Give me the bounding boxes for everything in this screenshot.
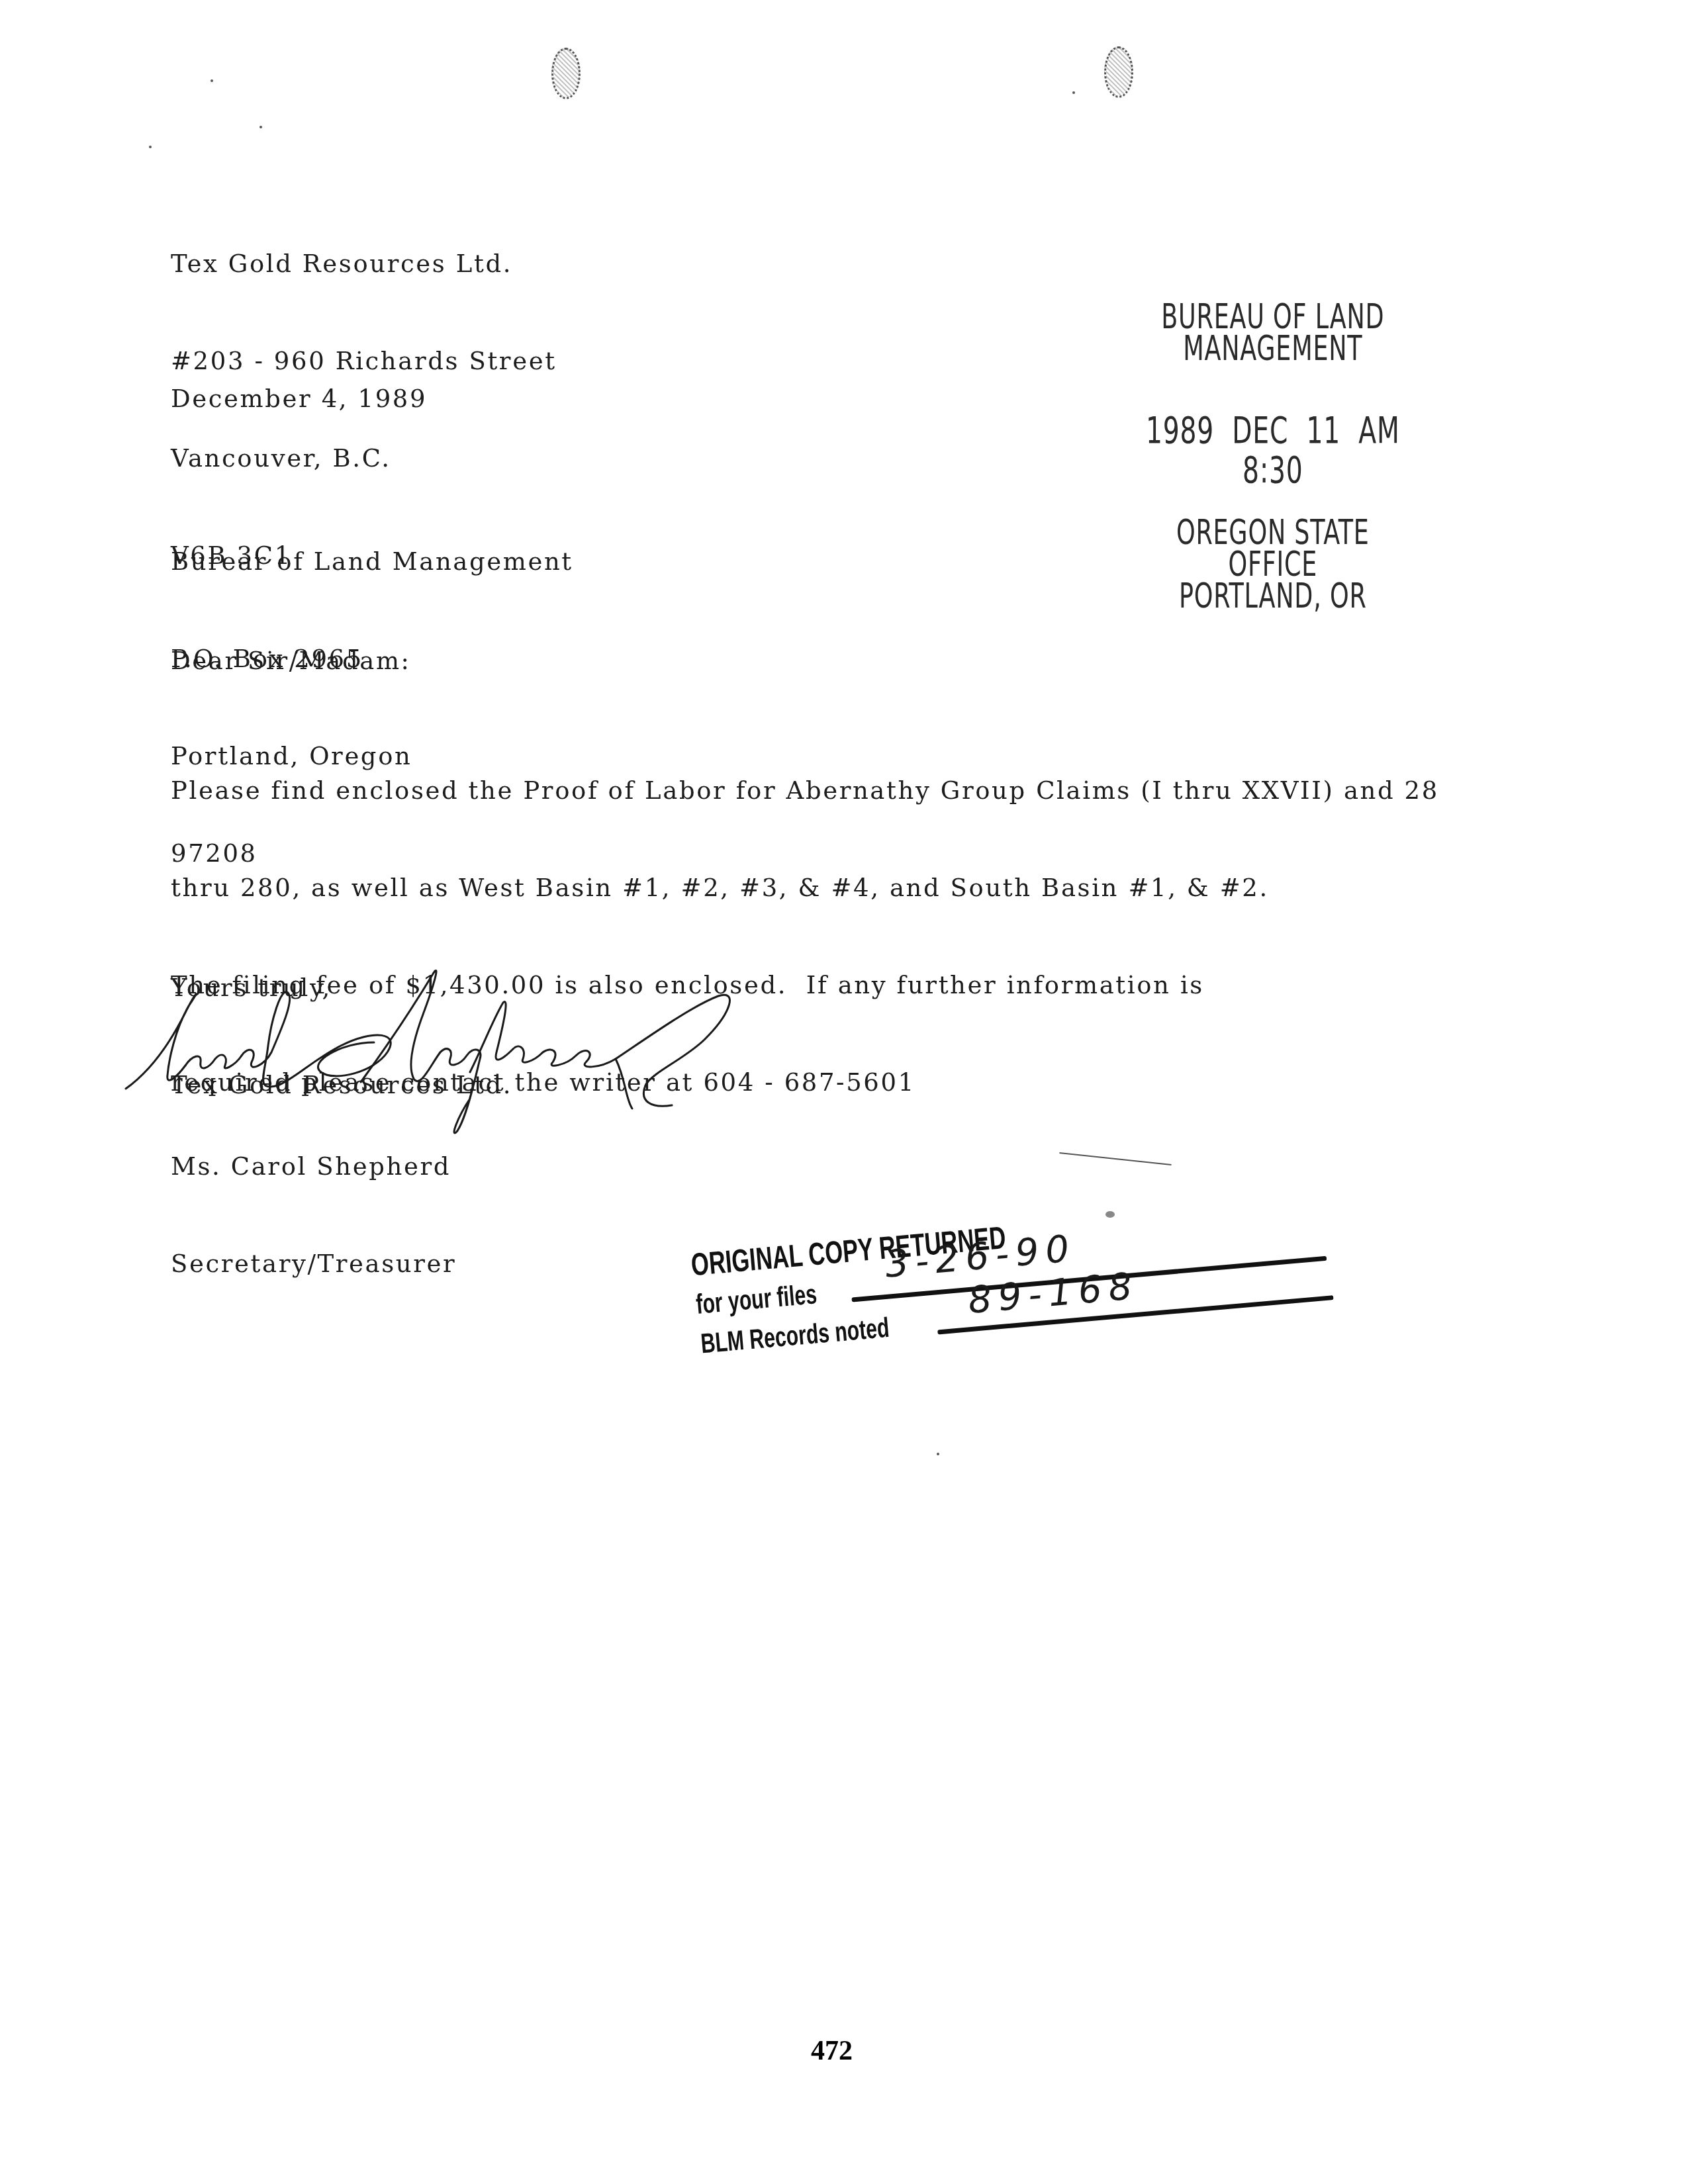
recipient-name: Burear of Land Management [171,545,573,578]
salutation: Dear Sir/Madam: [171,645,411,677]
received-stamp: BUREAU OF LAND MANAGEMENT 1989 DEC 11 AM… [1139,301,1407,612]
signer-block: Ms. Carol Shepherd Secretary/Treasurer [171,1085,456,1345]
stamp-office-line1: OREGON STATE OFFICE [1139,517,1407,580]
stamp-agency-line1: BUREAU OF LAND [1139,301,1407,333]
page-number: 472 [811,2035,853,2067]
punch-hole-right [1104,46,1133,98]
scan-speck [1072,91,1075,94]
body-line: Please find enclosed the Proof of Labor … [171,774,1439,807]
body-line: thru 280, as well as West Basin #1, #2, … [171,872,1439,904]
returned-stamp-records-label: BLM Records noted [700,1312,891,1360]
stamp-agency-line2: MANAGEMENT [1139,333,1407,365]
sender-city: Vancouver, B.C. [171,442,557,475]
signer-name: Ms. Carol Shepherd [171,1150,456,1183]
scan-speck [149,146,152,148]
signer-title: Secretary/Treasurer [171,1248,456,1280]
stamp-datetime: 1989 DEC 11 AM 8:30 [1139,411,1407,490]
punch-hole-left [551,48,581,99]
stamp-office-line2: PORTLAND, OR [1139,580,1407,612]
sender-street: #203 - 960 Richards Street [171,345,557,377]
scan-speck [937,1453,939,1455]
scan-speck [259,126,262,128]
returned-stamp-files-label: for your files [694,1278,818,1320]
letter-date: December 4, 1989 [171,383,427,415]
sender-company: Tex Gold Resources Ltd. [171,248,557,280]
letter-page: Tex Gold Resources Ltd. #203 - 960 Richa… [0,0,1688,2184]
scan-speck [211,79,213,82]
original-copy-returned-stamp: ORIGINAL COPY RETURNED for your files BL… [681,1156,1329,1377]
